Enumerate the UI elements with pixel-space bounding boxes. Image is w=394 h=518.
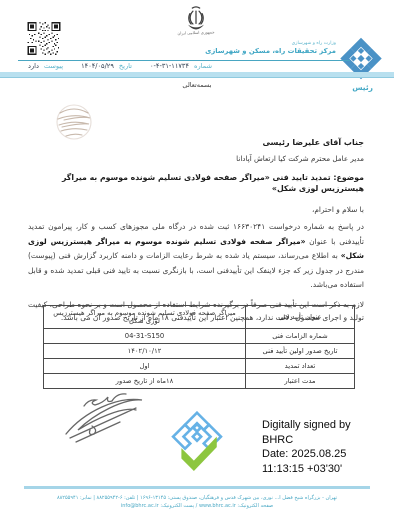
footer-address: تهران - بزرگراه شیخ فضل ا... نوری، بین ش…: [10, 495, 384, 502]
letter-number-field: شماره ۰-۴-۳۱-۱۱۷۳۴: [150, 62, 212, 70]
digital-signature-line: Digitally signed by: [262, 418, 382, 433]
salutation: با سلام و احترام،: [28, 205, 364, 215]
requirements-number: 04-31-S150: [125, 332, 165, 340]
row-value: اول: [44, 359, 246, 374]
digital-signature-block: Digitally signed by BHRC Date: 2025.08.2…: [262, 418, 382, 476]
row-value: 04-31-S150: [44, 329, 246, 344]
recipient-title: مدیر عامل محترم شرکت کیا ارتعاش آپادانا: [28, 154, 364, 164]
table-row: عنوان تأیید فنی میراگر صفحه فولادی تسلیم…: [44, 306, 355, 329]
recipient-name: جناب آقای علیرضا رئیسی: [28, 138, 364, 148]
scanned-letter-page: جمهوری اسلامی ایران وزارت راه و شهرسازی …: [0, 0, 394, 518]
footer-contacts: صفحه الکترونیک: www.bhrc.ac.ir / پست الک…: [10, 503, 384, 510]
approval-table: عنوان تأیید فنی میراگر صفحه فولادی تسلیم…: [43, 305, 355, 389]
row-label: تاریخ صدور اولین تأیید فنی: [246, 344, 355, 359]
letter-body: جناب آقای علیرضا رئیسی مدیر عامل محترم ش…: [28, 138, 364, 325]
digital-signature-line: BHRC: [262, 433, 382, 448]
date-value: ۱۴۰۴/۰۵/۲۹: [81, 62, 114, 70]
center-name: مرکز تحقیقات راه، مسکن و شهرسازی: [205, 47, 336, 56]
handwritten-signature: [62, 392, 154, 444]
letter-date-field: تاریخ ۱۴۰۴/۰۵/۲۹: [81, 62, 132, 70]
letter-meta-fields: شماره ۰-۴-۳۱-۱۱۷۳۴ تاریخ ۱۴۰۴/۰۵/۲۹ پیوس…: [28, 62, 212, 70]
emblem-caption: جمهوری اسلامی ایران: [168, 30, 224, 36]
footer-band: [24, 486, 370, 489]
iran-emblem-icon: [183, 5, 209, 32]
attachment-label: پیوست: [44, 62, 63, 70]
table-row: تاریخ صدور اولین تأیید فنی ۱۴۰۲/۱۰/۱۲: [44, 344, 355, 359]
paragraph-1: در پاسخ به شماره درخواست ۱۶۶۳۰۲۴۱ ثبت شد…: [28, 220, 364, 293]
row-value: ۱۸ماه از تاریخ صدور: [44, 374, 246, 389]
table-row: شماره الزامات فنی 04-31-S150: [44, 329, 355, 344]
ink-stamp: [52, 101, 96, 143]
digital-signature-line: Date: 2025.08.25: [262, 447, 382, 462]
header-band: [0, 72, 394, 78]
paragraph-1-end: به اطلاع می‌رساند، سیستم یاد شده به شرط …: [28, 251, 364, 289]
table-row: تعداد تمدید اول: [44, 359, 355, 374]
header-rule: [18, 60, 350, 61]
row-label: عنوان تأیید فنی: [246, 306, 355, 329]
first-approval-date: ۱۴۰۲/۱۰/۱۲: [128, 347, 162, 355]
row-label: شماره الزامات فنی: [246, 329, 355, 344]
row-value: میراگر صفحه فولادی تسلیم شونده موسوم به …: [44, 306, 246, 329]
bhrc-check-logo: [171, 410, 223, 480]
table-row: مدت اعتبار ۱۸ماه از تاریخ صدور: [44, 374, 355, 389]
row-label: تعداد تمدید: [246, 359, 355, 374]
number-value: ۰-۴-۳۱-۱۱۷۳۴: [150, 62, 189, 70]
digital-signature-line: 11:13:15 +03'30': [262, 462, 382, 477]
org-titles: وزارت راه و شهرسازی مرکز تحقیقات راه، مس…: [205, 41, 336, 56]
date-label: تاریخ: [119, 62, 132, 70]
subject-line: موضوع: تمدید تایید فنی «میراگر صفحه فولا…: [28, 172, 364, 194]
attachment-field: پیوست دارد: [28, 62, 63, 70]
row-label: مدت اعتبار: [246, 374, 355, 389]
number-label: شماره: [194, 62, 212, 70]
row-value: ۱۴۰۲/۱۰/۱۲: [44, 344, 246, 359]
qr-code: [27, 22, 61, 55]
besmele-text: بسمه‌تعالی: [0, 81, 394, 89]
attachment-value: دارد: [28, 62, 39, 70]
